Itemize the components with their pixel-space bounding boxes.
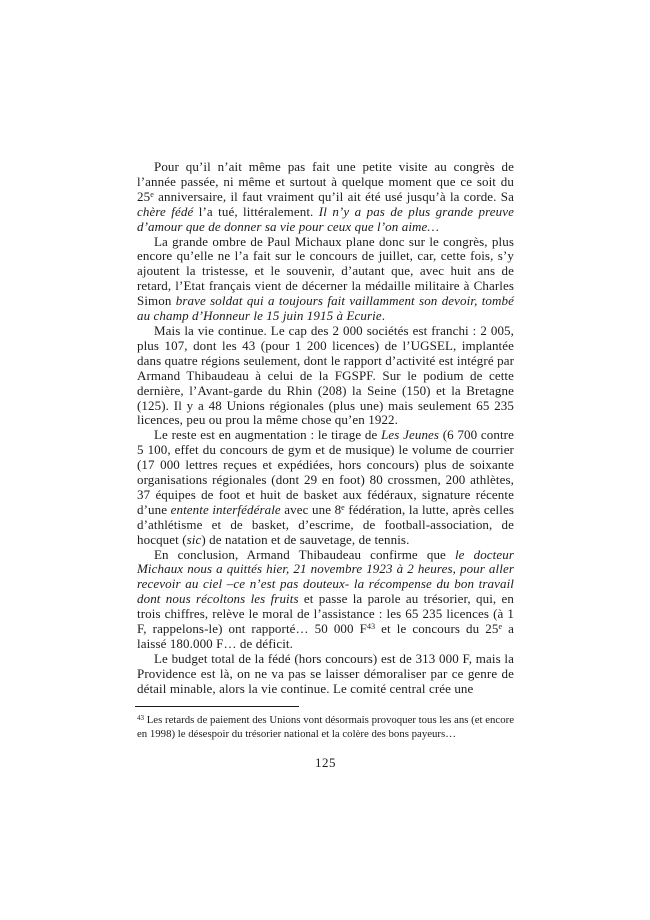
paragraph: En conclusion, Armand Thibaudeau confirm… (137, 548, 514, 652)
paragraph: Le reste est en augmentation : le tirage… (137, 428, 514, 547)
footnote: 43 Les retards de paiement des Unions vo… (137, 713, 514, 741)
text-block: Pour qu’il n’ait même pas fait une petit… (137, 160, 514, 771)
page-number: 125 (137, 755, 514, 771)
footnote-separator (135, 706, 299, 707)
paragraph: Le budget total de la fédé (hors concour… (137, 652, 514, 697)
paragraph: Pour qu’il n’ait même pas fait une petit… (137, 160, 514, 235)
paragraph: Mais la vie continue. Le cap des 2 000 s… (137, 324, 514, 428)
paragraph: La grande ombre de Paul Michaux plane do… (137, 235, 514, 324)
book-page: Pour qu’il n’ait même pas fait une petit… (0, 0, 650, 920)
